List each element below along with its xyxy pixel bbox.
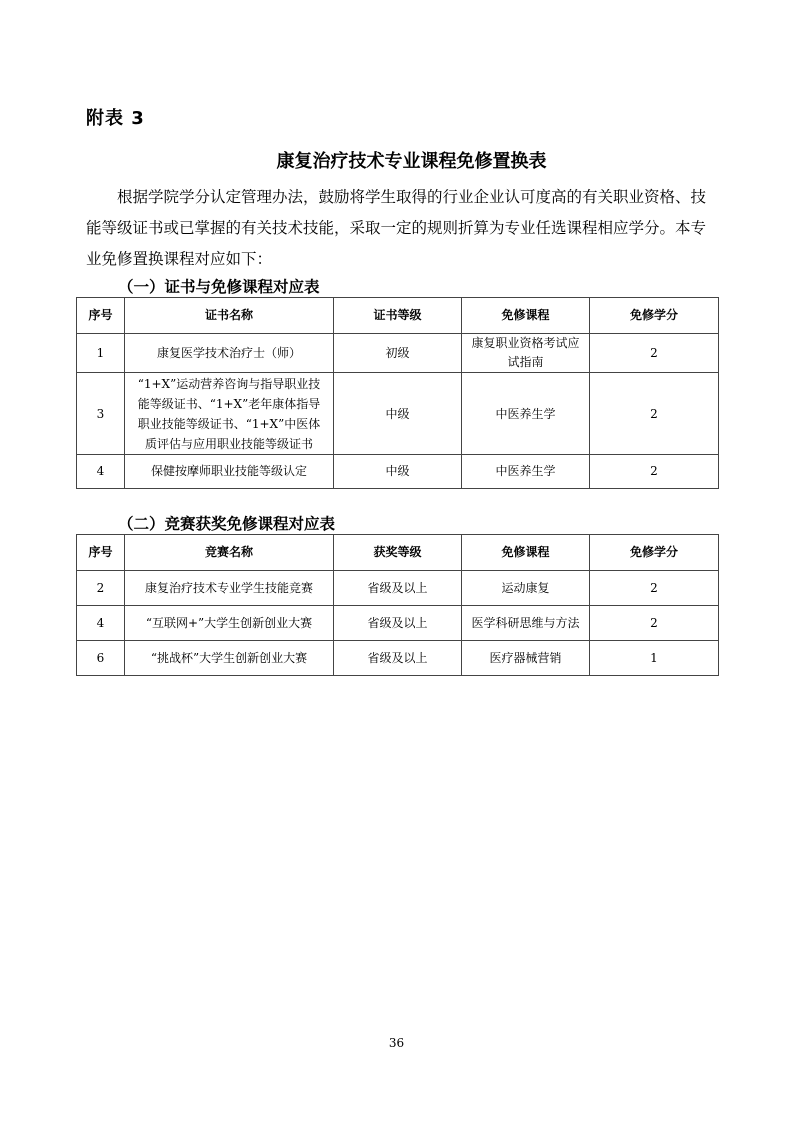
cell-course: 医疗器械营销 [462,641,590,676]
cell-seq: 6 [77,641,125,676]
cell-name: “挑战杯”大学生创新创业大赛 [125,641,334,676]
cell-name: 康复医学技术治疗士（师） [125,334,334,373]
header-credit: 免修学分 [590,298,719,334]
competition-exemption-table: 序号 竞赛名称 获奖等级 免修课程 免修学分 2 康复治疗技术专业学生技能竞赛 … [76,534,719,676]
cell-level: 中级 [334,373,462,455]
cell-credit: 2 [590,455,719,489]
cell-level: 省级及以上 [334,641,462,676]
cell-level: 初级 [334,334,462,373]
cell-credit: 2 [590,334,719,373]
cell-name: “1+X”运动营养咨询与指导职业技能等级证书、“1+X”老年康体指导职业技能等级… [125,373,334,455]
cell-seq: 2 [77,571,125,606]
header-level: 证书等级 [334,298,462,334]
cell-course: 康复职业资格考试应试指南 [462,334,590,373]
section-heading-competitions: （二）竞赛获奖免修课程对应表 [118,512,335,534]
table-row: 4 保健按摩师职业技能等级认定 中级 中医养生学 2 [77,455,719,489]
header-course: 免修课程 [462,535,590,571]
intro-paragraph: 根据学院学分认定管理办法，鼓励将学生取得的行业企业认可度高的有关职业资格、技能等… [86,182,716,275]
table-row: 1 康复医学技术治疗士（师） 初级 康复职业资格考试应试指南 2 [77,334,719,373]
table-header-row: 序号 竞赛名称 获奖等级 免修课程 免修学分 [77,535,719,571]
header-seq: 序号 [77,535,125,571]
cell-name-text: “1+X”运动营养咨询与指导职业技能等级证书、“1+X”老年康体指导职业技能等级… [134,374,324,454]
cell-credit: 2 [590,373,719,455]
section-heading-certificates: （一）证书与免修课程对应表 [118,275,320,297]
header-name: 竞赛名称 [125,535,334,571]
header-course: 免修课程 [462,298,590,334]
cell-credit: 2 [590,606,719,641]
page-number: 36 [0,1036,793,1050]
cell-level: 中级 [334,455,462,489]
cell-seq: 3 [77,373,125,455]
appendix-label: 附表 3 [86,104,145,130]
table-row: 4 “互联网+”大学生创新创业大赛 省级及以上 医学科研思维与方法 2 [77,606,719,641]
certificate-exemption-table: 序号 证书名称 证书等级 免修课程 免修学分 1 康复医学技术治疗士（师） 初级… [76,297,719,489]
cell-course: 中医养生学 [462,455,590,489]
header-name: 证书名称 [125,298,334,334]
header-credit: 免修学分 [590,535,719,571]
cell-level: 省级及以上 [334,571,462,606]
cell-course: 运动康复 [462,571,590,606]
cell-level: 省级及以上 [334,606,462,641]
cell-name: 康复治疗技术专业学生技能竞赛 [125,571,334,606]
cell-seq: 4 [77,606,125,641]
cell-credit: 2 [590,571,719,606]
cell-seq: 1 [77,334,125,373]
cell-name: “互联网+”大学生创新创业大赛 [125,606,334,641]
header-seq: 序号 [77,298,125,334]
header-level: 获奖等级 [334,535,462,571]
cell-name: 保健按摩师职业技能等级认定 [125,455,334,489]
cell-credit: 1 [590,641,719,676]
cell-course: 中医养生学 [462,373,590,455]
table-row: 3 “1+X”运动营养咨询与指导职业技能等级证书、“1+X”老年康体指导职业技能… [77,373,719,455]
table-header-row: 序号 证书名称 证书等级 免修课程 免修学分 [77,298,719,334]
cell-seq: 4 [77,455,125,489]
table-row: 2 康复治疗技术专业学生技能竞赛 省级及以上 运动康复 2 [77,571,719,606]
document-title: 康复治疗技术专业课程免修置换表 [0,147,793,173]
cell-course: 医学科研思维与方法 [462,606,590,641]
cell-course-text: 康复职业资格考试应试指南 [472,334,580,372]
table-row: 6 “挑战杯”大学生创新创业大赛 省级及以上 医疗器械营销 1 [77,641,719,676]
